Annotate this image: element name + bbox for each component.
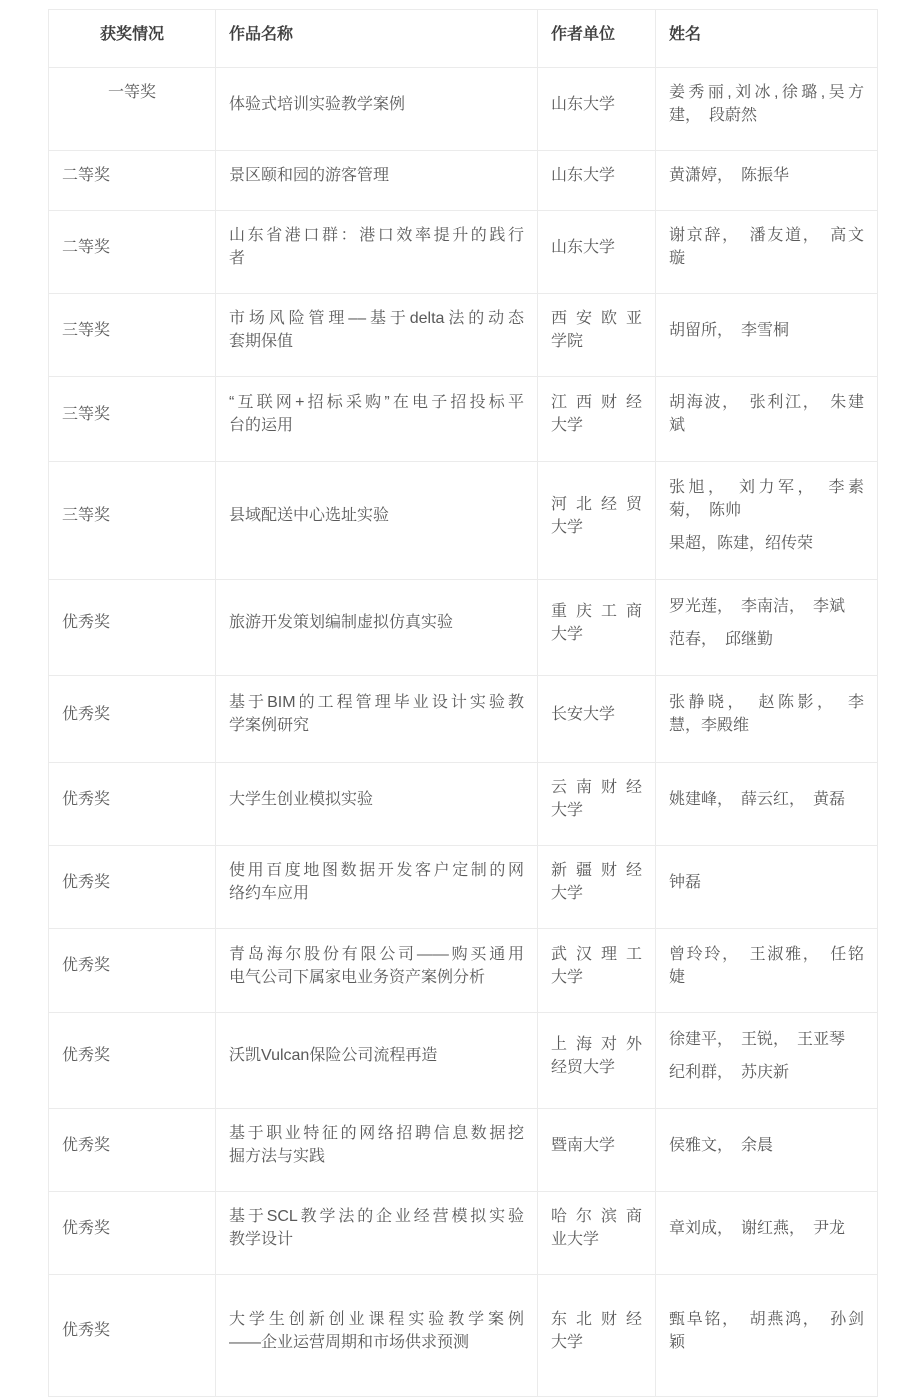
cell-line: 青岛海尔股份有限公司——购买通用 [229,943,524,966]
cell-paragraph: 优秀奖 [62,703,202,726]
cell-line: 重庆工商 [551,600,642,623]
table-row: 三等奖县域配送中心选址实验河北经贸大学张旭， 刘力军， 李素菊， 陈帅果超，陈建… [49,462,878,580]
title-cell: 使用百度地图数据开发客户定制的网络约车应用 [216,846,538,929]
cell-line: 胡留所， 李雪桐 [669,319,864,342]
names-cell: 姜秀丽,刘冰,徐璐,吴方建， 段蔚然 [656,68,878,151]
award-cell: 优秀奖 [49,1013,216,1109]
cell-line: 基于职业特征的网络招聘信息数据挖 [229,1122,524,1145]
cell-paragraph: 青岛海尔股份有限公司——购买通用电气公司下属家电业务资产案例分析 [229,943,524,989]
cell-paragraph: 钟磊 [669,871,864,894]
award-cell: 优秀奖 [49,1109,216,1192]
unit-cell: 山东大学 [538,151,656,211]
award-cell: 优秀奖 [49,580,216,676]
title-cell: 沃凯Vulcan保险公司流程再造 [216,1013,538,1109]
cell-line: 学院 [551,330,642,353]
award-cell: 优秀奖 [49,1275,216,1397]
cell-paragraph: 大学生创新创业课程实验教学案例——企业运营周期和市场供求预测 [229,1308,524,1354]
unit-cell: 江西财经大学 [538,377,656,462]
cell-line: 张静晓， 赵陈影， 李 [669,691,864,714]
cell-paragraph: 胡留所， 李雪桐 [669,319,864,342]
table-row: 一等奖体验式培训实验教学案例山东大学姜秀丽,刘冰,徐璐,吴方建， 段蔚然 [49,68,878,151]
title-cell: 县域配送中心选址实验 [216,462,538,580]
names-cell: 张静晓， 赵陈影， 李慧，李殿维 [656,676,878,763]
names-cell: 黄潇婷， 陈振华 [656,151,878,211]
cell-paragraph: 谢京辞， 潘友道， 高文璇 [669,224,864,270]
cell-line: 果超，陈建，绍传荣 [669,532,864,555]
cell-line: 颖 [669,1331,864,1354]
cell-paragraph: 县域配送中心选址实验 [229,504,524,527]
names-cell: 甄阜铭， 胡燕鸿， 孙剑颖 [656,1275,878,1397]
names-cell: 张旭， 刘力军， 李素菊， 陈帅果超，陈建，绍传荣 [656,462,878,580]
cell-paragraph: 上海对外经贸大学 [551,1033,642,1079]
cell-line: 上海对外 [551,1033,642,1056]
cell-paragraph: 黄潇婷， 陈振华 [669,164,864,187]
table-row: 优秀奖旅游开发策划编制虚拟仿真实验重庆工商大学罗光莲， 李南洁， 李斌范春， 邱… [49,580,878,676]
cell-paragraph: 三等奖 [62,319,202,342]
cell-line: 谢京辞， 潘友道， 高文 [669,224,864,247]
table-row: 优秀奖基于SCL教学法的企业经营模拟实验教学设计哈尔滨商业大学章刘成， 谢红燕，… [49,1192,878,1275]
cell-paragraph: 基于SCL教学法的企业经营模拟实验教学设计 [229,1205,524,1251]
cell-line: 三等奖 [62,504,202,527]
cell-line: “互联网+招标采购”在电子招投标平 [229,391,524,414]
cell-line: 徐建平， 王锐， 王亚琴 [669,1028,864,1051]
table-row: 优秀奖基于职业特征的网络招聘信息数据挖掘方法与实践暨南大学侯雅文， 余晨 [49,1109,878,1192]
names-cell: 胡海波， 张利江， 朱建斌 [656,377,878,462]
cell-paragraph: 长安大学 [551,703,642,726]
cell-line: 甄阜铭， 胡燕鸿， 孙剑 [669,1308,864,1331]
cell-paragraph: 哈尔滨商业大学 [551,1205,642,1251]
cell-line: 优秀奖 [62,954,202,977]
cell-paragraph: 一等奖 [62,81,202,104]
cell-line: 钟磊 [669,871,864,894]
cell-line: 优秀奖 [62,871,202,894]
cell-line: 武汉理工 [551,943,642,966]
award-cell: 三等奖 [49,294,216,377]
cell-line: 优秀奖 [62,1134,202,1157]
award-cell: 二等奖 [49,211,216,294]
cell-paragraph: 旅游开发策划编制虚拟仿真实验 [229,611,524,634]
cell-line: 大学 [551,623,642,646]
award-cell: 优秀奖 [49,846,216,929]
cell-paragraph: 大学生创业模拟实验 [229,788,524,811]
cell-line: 基于BIM的工程管理毕业设计实验教 [229,691,524,714]
header-row: 获奖情况 作品名称 作者单位 姓名 [49,10,878,68]
unit-cell: 山东大学 [538,211,656,294]
cell-paragraph: 体验式培训实验教学案例 [229,93,524,116]
award-cell: 三等奖 [49,377,216,462]
cell-paragraph: 沃凯Vulcan保险公司流程再造 [229,1044,524,1067]
names-cell: 钟磊 [656,846,878,929]
names-cell: 徐建平， 王锐， 王亚琴纪利群， 苏庆新 [656,1013,878,1109]
cell-line: 哈尔滨商 [551,1205,642,1228]
cell-line: 山东大学 [551,236,642,259]
cell-line: 山东大学 [551,164,642,187]
names-cell: 胡留所， 李雪桐 [656,294,878,377]
header-name: 姓名 [656,10,878,68]
cell-line: 三等奖 [62,319,202,342]
award-cell: 二等奖 [49,151,216,211]
cell-line: 优秀奖 [62,1319,202,1342]
cell-line: 山东省港口群：港口效率提升的践行 [229,224,524,247]
cell-paragraph: 章刘成， 谢红燕， 尹龙 [669,1217,864,1240]
cell-paragraph: 新疆财经大学 [551,859,642,905]
cell-line: 河北经贸 [551,493,642,516]
cell-paragraph: 西安欧亚学院 [551,307,642,353]
unit-cell: 武汉理工大学 [538,929,656,1013]
cell-paragraph: 张旭， 刘力军， 李素菊， 陈帅 [669,476,864,522]
title-cell: 旅游开发策划编制虚拟仿真实验 [216,580,538,676]
cell-line: 姚建峰， 薛云红， 黄磊 [669,788,864,811]
award-cell: 三等奖 [49,462,216,580]
title-cell: 山东省港口群：港口效率提升的践行者 [216,211,538,294]
header-work-title: 作品名称 [216,10,538,68]
cell-paragraph: 优秀奖 [62,788,202,811]
title-cell: 大学生创业模拟实验 [216,763,538,846]
cell-line: 山东大学 [551,93,642,116]
cell-line: 江西财经 [551,391,642,414]
cell-line: 云南财经 [551,776,642,799]
names-cell: 罗光莲， 李南洁， 李斌范春， 邱继勤 [656,580,878,676]
table-row: 优秀奖沃凯Vulcan保险公司流程再造上海对外经贸大学徐建平， 王锐， 王亚琴纪… [49,1013,878,1109]
table-header: 获奖情况 作品名称 作者单位 姓名 [49,10,878,68]
cell-paragraph: 山东大学 [551,164,642,187]
cell-paragraph: 曾玲玲， 王淑雅， 任铭婕 [669,943,864,989]
cell-line: 旅游开发策划编制虚拟仿真实验 [229,611,524,634]
cell-line: 一等奖 [62,81,202,104]
cell-paragraph: 二等奖 [62,236,202,259]
unit-cell: 河北经贸大学 [538,462,656,580]
cell-paragraph: “互联网+招标采购”在电子招投标平台的运用 [229,391,524,437]
award-cell: 优秀奖 [49,676,216,763]
table-row: 三等奖市场风险管理––基于delta法的动态套期保值西安欧亚学院胡留所， 李雪桐 [49,294,878,377]
cell-paragraph: 果超，陈建，绍传荣 [669,532,864,555]
cell-line: 张旭， 刘力军， 李素 [669,476,864,499]
unit-cell: 暨南大学 [538,1109,656,1192]
title-cell: 市场风险管理––基于delta法的动态套期保值 [216,294,538,377]
table-row: 二等奖山东省港口群：港口效率提升的践行者山东大学谢京辞， 潘友道， 高文璇 [49,211,878,294]
cell-paragraph: 优秀奖 [62,1319,202,1342]
cell-paragraph: 范春， 邱继勤 [669,628,864,651]
cell-paragraph: 甄阜铭， 胡燕鸿， 孙剑颖 [669,1308,864,1354]
title-cell: 基于BIM的工程管理毕业设计实验教学案例研究 [216,676,538,763]
title-cell: 大学生创新创业课程实验教学案例——企业运营周期和市场供求预测 [216,1275,538,1397]
cell-line: 建， 段蔚然 [669,104,864,127]
unit-cell: 新疆财经大学 [538,846,656,929]
cell-line: 者 [229,247,524,270]
cell-paragraph: 河北经贸大学 [551,493,642,539]
cell-line: 纪利群， 苏庆新 [669,1061,864,1084]
cell-paragraph: 优秀奖 [62,871,202,894]
cell-line: 优秀奖 [62,1044,202,1067]
cell-paragraph: 景区颐和园的游客管理 [229,164,524,187]
cell-line: 使用百度地图数据开发客户定制的网 [229,859,524,882]
title-cell: 体验式培训实验教学案例 [216,68,538,151]
names-cell: 曾玲玲， 王淑雅， 任铭婕 [656,929,878,1013]
cell-line: 教学设计 [229,1228,524,1251]
table-row: 二等奖景区颐和园的游客管理山东大学黄潇婷， 陈振华 [49,151,878,211]
cell-paragraph: 侯雅文， 余晨 [669,1134,864,1157]
cell-line: 二等奖 [62,236,202,259]
cell-line: 新疆财经 [551,859,642,882]
cell-paragraph: 山东省港口群：港口效率提升的践行者 [229,224,524,270]
unit-cell: 重庆工商大学 [538,580,656,676]
cell-paragraph: 张静晓， 赵陈影， 李慧，李殿维 [669,691,864,737]
cell-line: 学案例研究 [229,714,524,737]
cell-line: 络约车应用 [229,882,524,905]
cell-line: 暨南大学 [551,1134,642,1157]
unit-cell: 上海对外经贸大学 [538,1013,656,1109]
cell-line: 三等奖 [62,403,202,426]
names-cell: 侯雅文， 余晨 [656,1109,878,1192]
cell-line: 长安大学 [551,703,642,726]
table-row: 优秀奖大学生创新创业课程实验教学案例——企业运营周期和市场供求预测东北财经大学甄… [49,1275,878,1397]
cell-line: 大学生创新创业课程实验教学案例 [229,1308,524,1331]
award-cell: 优秀奖 [49,929,216,1013]
cell-paragraph: 三等奖 [62,504,202,527]
unit-cell: 长安大学 [538,676,656,763]
names-cell: 章刘成， 谢红燕， 尹龙 [656,1192,878,1275]
award-cell: 一等奖 [49,68,216,151]
cell-line: 婕 [669,966,864,989]
table-row: 优秀奖使用百度地图数据开发客户定制的网络约车应用新疆财经大学钟磊 [49,846,878,929]
cell-line: 景区颐和园的游客管理 [229,164,524,187]
cell-paragraph: 使用百度地图数据开发客户定制的网络约车应用 [229,859,524,905]
cell-paragraph: 罗光莲， 李南洁， 李斌 [669,595,864,618]
awards-table: 获奖情况 作品名称 作者单位 姓名 一等奖体验式培训实验教学案例山东大学姜秀丽,… [48,9,878,1397]
cell-line: 县域配送中心选址实验 [229,504,524,527]
award-cell: 优秀奖 [49,763,216,846]
cell-line: 二等奖 [62,164,202,187]
header-award-status: 获奖情况 [49,10,216,68]
cell-line: 范春， 邱继勤 [669,628,864,651]
cell-line: 沃凯Vulcan保险公司流程再造 [229,1044,524,1067]
cell-line: ——企业运营周期和市场供求预测 [229,1331,524,1354]
cell-line: 侯雅文， 余晨 [669,1134,864,1157]
cell-paragraph: 胡海波， 张利江， 朱建斌 [669,391,864,437]
cell-paragraph: 优秀奖 [62,611,202,634]
cell-paragraph: 姜秀丽,刘冰,徐璐,吴方建， 段蔚然 [669,81,864,127]
cell-line: 大学 [551,1331,642,1354]
cell-line: 大学 [551,966,642,989]
cell-line: 市场风险管理––基于delta法的动态 [229,307,524,330]
cell-line: 菊， 陈帅 [669,499,864,522]
cell-paragraph: 云南财经大学 [551,776,642,822]
cell-line: 罗光莲， 李南洁， 李斌 [669,595,864,618]
cell-line: 黄潇婷， 陈振华 [669,164,864,187]
unit-cell: 山东大学 [538,68,656,151]
cell-line: 大学 [551,882,642,905]
cell-paragraph: 姚建峰， 薛云红， 黄磊 [669,788,864,811]
header-author-unit: 作者单位 [538,10,656,68]
cell-line: 慧，李殿维 [669,714,864,737]
award-cell: 优秀奖 [49,1192,216,1275]
cell-line: 姜秀丽,刘冰,徐璐,吴方 [669,81,864,104]
cell-paragraph: 三等奖 [62,403,202,426]
table-row: 优秀奖基于BIM的工程管理毕业设计实验教学案例研究长安大学张静晓， 赵陈影， 李… [49,676,878,763]
table-body: 一等奖体验式培训实验教学案例山东大学姜秀丽,刘冰,徐璐,吴方建， 段蔚然二等奖景… [49,68,878,1397]
cell-paragraph: 山东大学 [551,93,642,116]
cell-paragraph: 优秀奖 [62,1044,202,1067]
cell-paragraph: 市场风险管理––基于delta法的动态套期保值 [229,307,524,353]
cell-line: 体验式培训实验教学案例 [229,93,524,116]
cell-line: 优秀奖 [62,1217,202,1240]
names-cell: 姚建峰， 薛云红， 黄磊 [656,763,878,846]
cell-line: 掘方法与实践 [229,1145,524,1168]
cell-paragraph: 基于职业特征的网络招聘信息数据挖掘方法与实践 [229,1122,524,1168]
unit-cell: 云南财经大学 [538,763,656,846]
cell-paragraph: 二等奖 [62,164,202,187]
cell-paragraph: 东北财经大学 [551,1308,642,1354]
table-row: 三等奖“互联网+招标采购”在电子招投标平台的运用江西财经大学胡海波， 张利江， … [49,377,878,462]
cell-line: 璇 [669,247,864,270]
title-cell: 景区颐和园的游客管理 [216,151,538,211]
cell-paragraph: 纪利群， 苏庆新 [669,1061,864,1084]
cell-line: 章刘成， 谢红燕， 尹龙 [669,1217,864,1240]
cell-line: 经贸大学 [551,1056,642,1079]
cell-line: 优秀奖 [62,703,202,726]
cell-line: 基于SCL教学法的企业经营模拟实验 [229,1205,524,1228]
cell-line: 斌 [669,414,864,437]
cell-paragraph: 武汉理工大学 [551,943,642,989]
title-cell: 青岛海尔股份有限公司——购买通用电气公司下属家电业务资产案例分析 [216,929,538,1013]
cell-line: 大学 [551,799,642,822]
cell-line: 优秀奖 [62,611,202,634]
cell-paragraph: 优秀奖 [62,1134,202,1157]
cell-paragraph: 基于BIM的工程管理毕业设计实验教学案例研究 [229,691,524,737]
cell-line: 大学 [551,414,642,437]
cell-line: 西安欧亚 [551,307,642,330]
names-cell: 谢京辞， 潘友道， 高文璇 [656,211,878,294]
cell-line: 电气公司下属家电业务资产案例分析 [229,966,524,989]
title-cell: 基于职业特征的网络招聘信息数据挖掘方法与实践 [216,1109,538,1192]
title-cell: 基于SCL教学法的企业经营模拟实验教学设计 [216,1192,538,1275]
cell-line: 胡海波， 张利江， 朱建 [669,391,864,414]
cell-line: 大学生创业模拟实验 [229,788,524,811]
unit-cell: 东北财经大学 [538,1275,656,1397]
cell-paragraph: 暨南大学 [551,1134,642,1157]
table-row: 优秀奖大学生创业模拟实验云南财经大学姚建峰， 薛云红， 黄磊 [49,763,878,846]
cell-line: 台的运用 [229,414,524,437]
title-cell: “互联网+招标采购”在电子招投标平台的运用 [216,377,538,462]
cell-line: 曾玲玲， 王淑雅， 任铭 [669,943,864,966]
cell-paragraph: 徐建平， 王锐， 王亚琴 [669,1028,864,1051]
cell-line: 大学 [551,516,642,539]
cell-line: 套期保值 [229,330,524,353]
cell-paragraph: 重庆工商大学 [551,600,642,646]
cell-paragraph: 山东大学 [551,236,642,259]
unit-cell: 西安欧亚学院 [538,294,656,377]
cell-line: 优秀奖 [62,788,202,811]
cell-line: 东北财经 [551,1308,642,1331]
cell-paragraph: 优秀奖 [62,1217,202,1240]
cell-paragraph: 优秀奖 [62,954,202,977]
unit-cell: 哈尔滨商业大学 [538,1192,656,1275]
cell-paragraph: 江西财经大学 [551,391,642,437]
table-row: 优秀奖青岛海尔股份有限公司——购买通用电气公司下属家电业务资产案例分析武汉理工大… [49,929,878,1013]
cell-line: 业大学 [551,1228,642,1251]
